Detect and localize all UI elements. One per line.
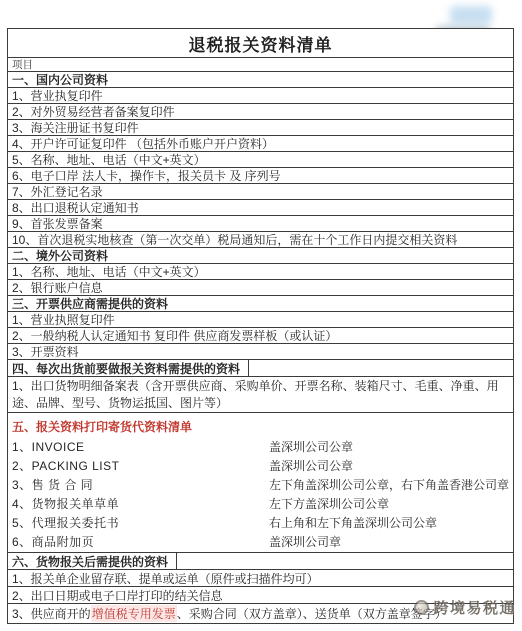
list-item: 3、开票资料 [8, 344, 513, 360]
list-item: 2、一般纳税人认定通知书 复印件 供应商发票样板（或认证） [8, 328, 513, 344]
section-6-header-cell: 六、货物报关后需提供的资料 [12, 553, 177, 569]
brand-watermark: 跨境易税通 [414, 597, 516, 618]
section-2-header: 二、境外公司资料 [8, 248, 513, 264]
document-page: 退税报关资料清单 项目 一、国内公司资料 1、营业执复印件 2、对外贸易经营者备… [0, 0, 522, 631]
section-4-header: 四、每次出货前要做报关资料需提供的资料 [8, 360, 513, 377]
list-item: 10、首次退税实地核查（第一次交单）税局通知后，需在十个工作日内提交相关资料 [8, 232, 513, 248]
page-title: 退税报关资料清单 [8, 29, 513, 58]
list-item: 2、PACKING LIST 盖深圳公司公章 [12, 456, 513, 475]
list-item: 4、货物报关单草单 左下方盖深圳公司公章 [12, 494, 513, 513]
checklist-table: 退税报关资料清单 项目 一、国内公司资料 1、营业执复印件 2、对外贸易经营者备… [7, 28, 514, 624]
brand-logo-icon [414, 600, 429, 615]
list-item: 8、出口退税认定通知书 [8, 200, 513, 216]
stamp-note: 盖深圳公司章 [269, 533, 513, 550]
document-name: 2、PACKING LIST [12, 457, 269, 474]
vat-invoice-highlight: 增值税专用发票 [91, 605, 177, 622]
list-item: 1、出口货物明细备案表（含开票供应商、采购单价、开票名称、装箱尺寸、毛重、净重、… [8, 377, 513, 413]
column-header: 项目 [8, 58, 513, 72]
stamp-note: 右上角和左下角盖深圳公司公章 [269, 514, 513, 531]
item-text-suffix: 、采购合同（双方盖章）、送货单（双方盖章签字） [177, 605, 447, 622]
section-5-block: 五、报关资料打印寄货代资料清单 1、INVOICE 盖深圳公司公章 2、PACK… [8, 413, 513, 553]
document-name: 5、代理报关委托书 [12, 514, 269, 531]
section-6-header: 六、货物报关后需提供的资料 [8, 553, 513, 570]
document-name: 1、INVOICE [12, 438, 269, 455]
stamp-note: 左下角盖深圳公司公章，右下角盖香港公司章 [269, 476, 513, 493]
stamp-note: 盖深圳公司公章 [269, 438, 513, 455]
list-item: 1、营业执照复印件 [8, 312, 513, 328]
document-name: 3、售 货 合 同 [12, 476, 269, 493]
list-item: 5、代理报关委托书 右上角和左下角盖深圳公司公章 [12, 513, 513, 532]
list-item: 6、商品附加页 盖深圳公司章 [12, 532, 513, 551]
list-item: 2、对外贸易经营者备案复印件 [8, 104, 513, 120]
list-item: 3、售 货 合 同 左下角盖深圳公司公章，右下角盖香港公司章 [12, 475, 513, 494]
list-item: 4、开户许可证复印件 （包括外币账户开户资料） [8, 136, 513, 152]
list-item: 6、电子口岸 法人卡，操作卡，报关员卡 及 序列号 [8, 168, 513, 184]
list-item: 9、首张发票备案 [8, 216, 513, 232]
brand-watermark-text: 跨境易税通 [433, 597, 516, 618]
document-name: 6、商品附加页 [12, 533, 269, 550]
section-4-header-cell: 四、每次出货前要做报关资料需提供的资料 [12, 360, 249, 376]
document-name: 4、货物报关单草单 [12, 495, 269, 512]
list-item: 1、营业执复印件 [8, 88, 513, 104]
list-item: 7、外汇登记名录 [8, 184, 513, 200]
list-item: 1、INVOICE 盖深圳公司公章 [12, 437, 513, 456]
stamp-note: 盖深圳公司公章 [269, 457, 513, 474]
list-item: 1、名称、地址、电话（中文+英文） [8, 264, 513, 280]
section-1-header: 一、国内公司资料 [8, 72, 513, 88]
list-item: 2、银行账户信息 [8, 280, 513, 296]
section-3-header: 三、开票供应商需提供的资料 [8, 296, 513, 312]
section-5-header: 五、报关资料打印寄货代资料清单 [12, 415, 513, 437]
redaction-blur-watermark [450, 6, 492, 24]
list-item: 1、报关单企业留存联、提单或运单（原件或扫描件均可） [8, 570, 513, 587]
list-item: 3、海关注册证书复印件 [8, 120, 513, 136]
list-item: 5、名称、地址、电话（中文+英文） [8, 152, 513, 168]
item-text-prefix: 3、供应商开的 [12, 605, 91, 622]
stamp-note: 左下方盖深圳公司公章 [269, 495, 513, 512]
